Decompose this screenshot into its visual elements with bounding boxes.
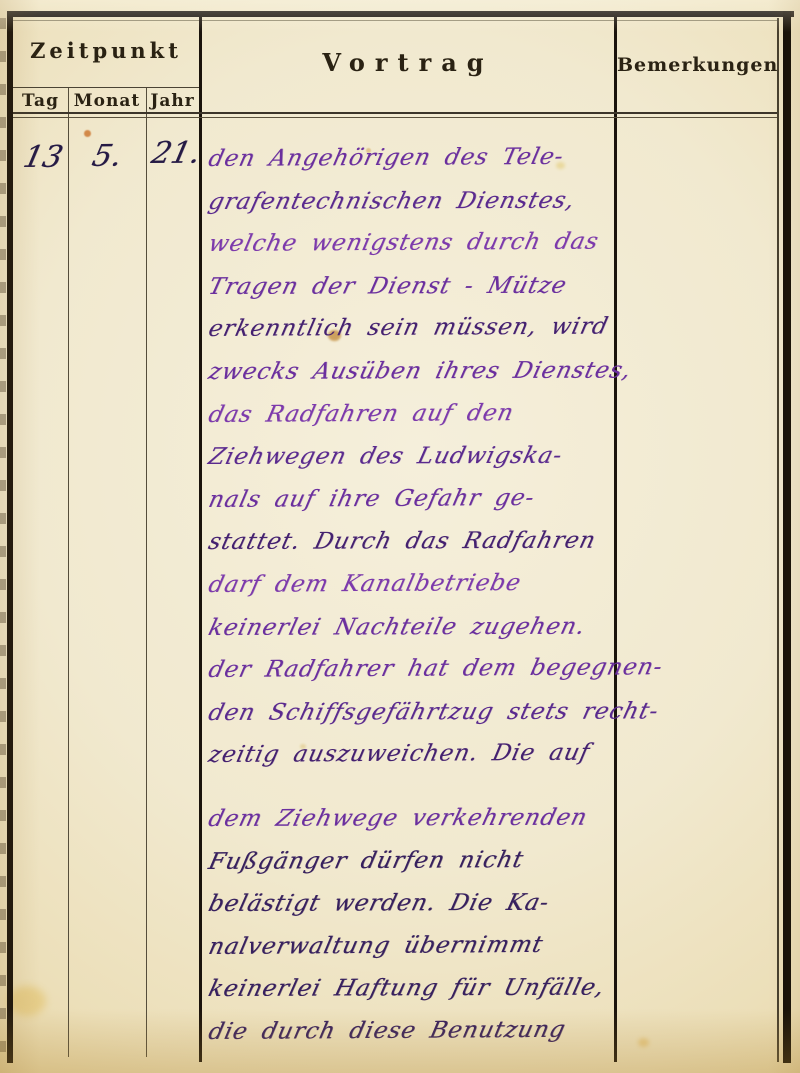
handwritten-line: zeitig auszuweichen. Die auf (206, 740, 593, 768)
handwritten-line: Fußgänger dürfen nicht (206, 847, 526, 875)
handwritten-line: nals auf ihre Gefahr ge- (206, 485, 537, 513)
handwritten-line: zwecks Ausüben ihres Dienstes, (206, 358, 634, 385)
handwritten-line: dem Ziehwege verkehrenden (206, 805, 590, 832)
handwritten-line: darf dem Kanalbetriebe (206, 570, 524, 598)
handwritten-line: welche wenigstens durch das (206, 229, 601, 257)
handwritten-line: Tragen der Dienst - Mütze (206, 273, 570, 300)
handwritten-line: grafentechnischen Dienstes, (206, 187, 578, 214)
vortrag-text: den Angehörigen des Tele-grafentechnisch… (0, 0, 800, 1073)
handwritten-line: belästigt werden. Die Ka- (206, 890, 552, 917)
handwritten-line: keinerlei Haftung für Unfälle, (206, 975, 608, 1002)
ledger-page: Zeitpunkt Tag Monat Jahr Vortrag Bemerku… (0, 0, 800, 1073)
handwritten-line: die durch diese Benutzung (206, 1017, 568, 1045)
handwritten-line: keinerlei Nachteile zugehen. (206, 613, 589, 640)
handwritten-line: nalverwaltung übernimmt (206, 932, 546, 960)
handwritten-line: das Radfahren auf den (206, 400, 516, 428)
handwritten-line: Ziehwegen des Ludwigska- (206, 443, 565, 470)
handwritten-line: den Angehörigen des Tele- (206, 144, 566, 172)
handwritten-line: erkenntlich sein müssen, wird (206, 314, 611, 342)
handwritten-line: stattet. Durch das Radfahren (206, 528, 599, 555)
handwritten-line: der Radfahrer hat dem begegnen- (206, 654, 665, 683)
handwritten-line: den Schiffsgefährtzug stets recht- (206, 698, 662, 726)
